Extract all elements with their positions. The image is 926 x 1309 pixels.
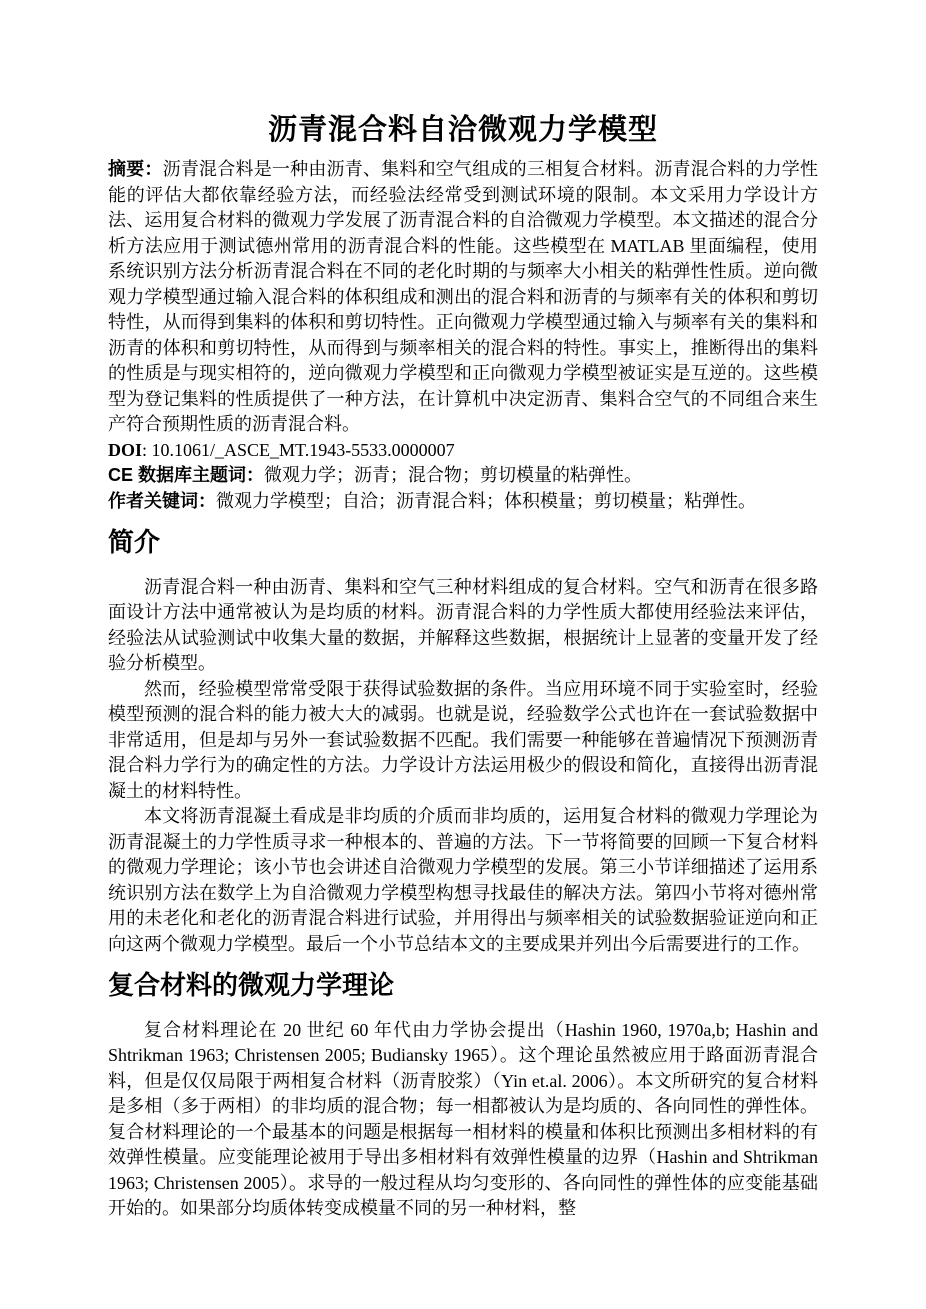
intro-paragraph-1: 沥青混合料一种由沥青、集料和空气三种材料组成的复合材料。空气和沥青在很多路面设计… xyxy=(108,575,818,677)
doi-line: DOI: 10.1061/_ASCE_MT.1943-5533.0000007 xyxy=(108,438,818,464)
intro-paragraph-2: 然而，经验模型常常受限于获得试验数据的条件。当应用环境不同于实验室时，经验模型预… xyxy=(108,677,818,805)
abstract-text: 沥青混合料是一种由沥青、集料和空气组成的三相复合材料。沥青混合料的力学性能的评估… xyxy=(108,159,818,434)
section-heading-micromechanics-theory: 复合材料的微观力学理论 xyxy=(108,969,818,1002)
doi-label: DOI xyxy=(108,440,142,460)
ce-keywords-line: CE 数据库主题词：微观力学；沥青；混合物；剪切模量的粘弹性。 xyxy=(108,463,818,489)
author-keywords-text: 微观力学模型；自洽；沥青混合料；体积模量；剪切模量；粘弹性。 xyxy=(216,491,756,511)
intro-paragraph-3: 本文将沥青混凝土看成是非均质的介质而非均质的，运用复合材料的微观力学理论为沥青混… xyxy=(108,804,818,957)
document-page: 沥青混合料自洽微观力学模型 摘要：沥青混合料是一种由沥青、集料和空气组成的三相复… xyxy=(0,0,926,1309)
page-title: 沥青混合料自洽微观力学模型 xyxy=(108,112,818,148)
theory-paragraph-1: 复合材料理论在 20 世纪 60 年代由力学协会提出（Hashin 1960, … xyxy=(108,1018,818,1222)
author-keywords-label: 作者关键词： xyxy=(108,491,216,511)
section-heading-introduction: 简介 xyxy=(108,526,818,559)
ce-keywords-text: 微观力学；沥青；混合物；剪切模量的粘弹性。 xyxy=(264,465,642,485)
abstract-paragraph: 摘要：沥青混合料是一种由沥青、集料和空气组成的三相复合材料。沥青混合料的力学性能… xyxy=(108,157,818,438)
author-keywords-line: 作者关键词：微观力学模型；自洽；沥青混合料；体积模量；剪切模量；粘弹性。 xyxy=(108,489,818,515)
abstract-label: 摘要： xyxy=(108,159,163,179)
doi-value: : 10.1061/_ASCE_MT.1943-5533.0000007 xyxy=(142,440,455,460)
ce-keywords-label: CE 数据库主题词： xyxy=(108,465,264,485)
